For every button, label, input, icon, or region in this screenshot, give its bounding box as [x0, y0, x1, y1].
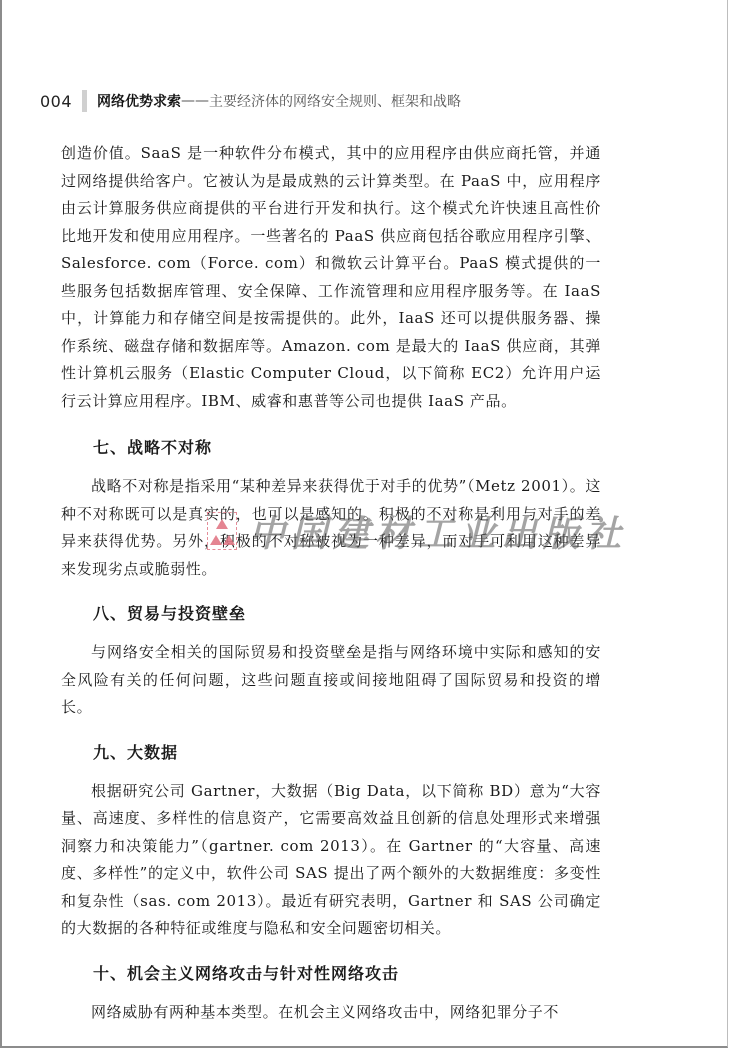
- paragraph-big-data: 根据研究公司 Gartner，大数据（Big Data，以下简称 BD）意为“大…: [61, 778, 601, 943]
- book-title: 网络优势求索: [97, 91, 181, 111]
- section-heading-strategic-asymmetry: 七、战略不对称: [61, 435, 601, 461]
- section-heading-big-data: 九、大数据: [61, 740, 601, 766]
- separator-dash: ——: [181, 93, 209, 109]
- running-header: 004 网络优势求索 —— 主要经济体的网络安全规则、框架和战略: [40, 89, 461, 113]
- book-subtitle: 主要经济体的网络安全规则、框架和战略: [209, 91, 461, 111]
- page-number: 004: [40, 92, 72, 111]
- page-body: 创造价值。SaaS 是一种软件分布模式，其中的应用程序由供应商托管，并通过网络提…: [61, 140, 601, 1026]
- section-heading-cyber-attacks: 十、机会主义网络攻击与针对性网络攻击: [61, 961, 601, 987]
- continued-paragraph: 创造价值。SaaS 是一种软件分布模式，其中的应用程序由供应商托管，并通过网络提…: [61, 140, 601, 415]
- paragraph-trade-barriers: 与网络安全相关的国际贸易和投资壁垒是指与网络环境中实际和感知的安全风险有关的任何…: [61, 639, 601, 722]
- section-heading-trade-barriers: 八、贸易与投资壁垒: [61, 601, 601, 627]
- paragraph-cyber-attacks: 网络威胁有两种基本类型。在机会主义网络攻击中，网络犯罪分子不: [61, 999, 601, 1027]
- paragraph-strategic-asymmetry: 战略不对称是指采用“某种差异来获得优于对手的优势”（Metz 2001）。这种不…: [61, 473, 601, 583]
- header-divider-bar: [82, 90, 87, 112]
